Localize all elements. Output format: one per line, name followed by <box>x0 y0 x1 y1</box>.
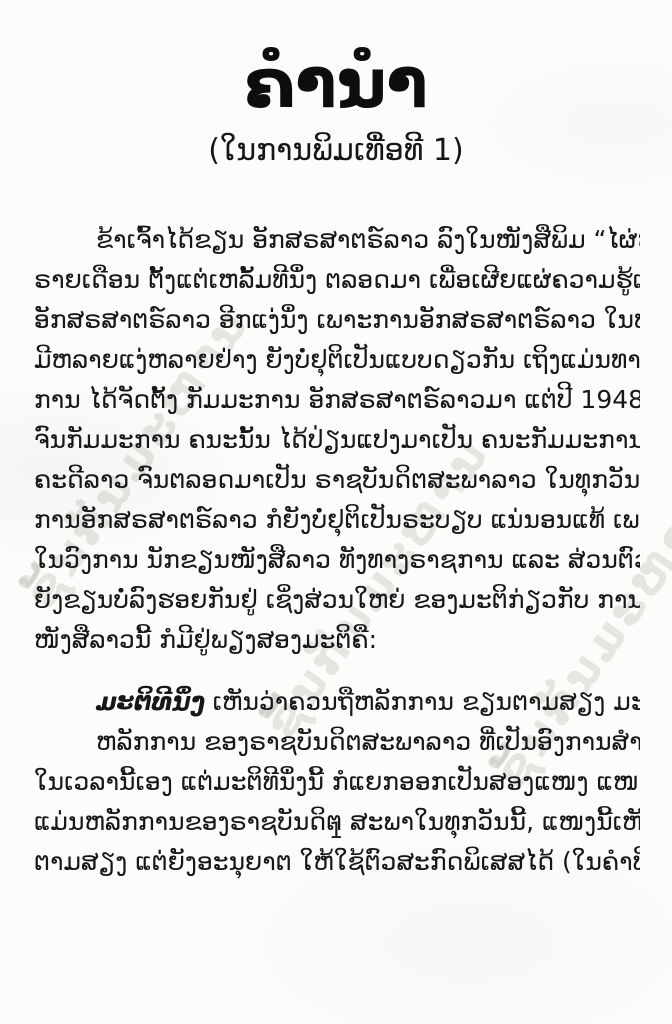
scanned-book-page: ຊັ້ນກັນມະຫານ ຊັ້ນກັນມະຫານ ຊັ້ນກັນມະຫານ ຄ… <box>0 0 672 1024</box>
text-line: ຫລັກການ ຂອງຣາຊບັນດິຕສະພາລາວ ທີ່ເປັນອົງກາ… <box>34 722 640 762</box>
paragraph-2-first-line-rest: ເຫັນວ່າຄວນຖືຫລັກການ ຂຽນຕາມສຽງ ມະຕິນີ້ກໍແ… <box>205 687 640 716</box>
text-line: ໃນເວລານີ້ເອງ ແຕ່ມະຕິທີນຶ່ງນີ້ ກໍແຍກອອກເປ… <box>34 762 640 802</box>
page-subtitle: (ໃນການພິມເທື່ອທີ 1) <box>0 133 672 168</box>
text-line: ຈົນກັມມະການ ຄນະນັ້ນ ໄດ້ປ່ຽນແປງມາເປັນ ຄນະ… <box>34 420 640 460</box>
page-number: 1 <box>0 819 672 844</box>
text-line: ການ ໄດ້ຈັດຕັ້ງ ກັມມະການ ອັກສຣສາຕຣ໌ລາວມາ … <box>34 380 640 420</box>
paragraph-2: ມະຕິທີນຶ່ງ ເຫັນວ່າຄວນຖືຫລັກການ ຂຽນຕາມສຽງ… <box>34 682 640 882</box>
text-line: ມີຫລາຍແງ່ຫລາຍຢ່າງ ຍັງບໍ່ຢຸຕິເປັນແບບດຽວກັ… <box>34 340 640 380</box>
text-line: ອັກສຣສາຕຣ໌ລາວ ອີກແງ່ນຶ່ງ ເພາະການອັກສຣສາຕ… <box>34 300 640 340</box>
body-text: ຂ້າເຈົ້າໄດ້ຂຽນ ອັກສຣສາຕຣ໌ລາວ ລົງໃນໜັງສືພ… <box>34 220 640 882</box>
paragraph-1: ຂ້າເຈົ້າໄດ້ຂຽນ ອັກສຣສາຕຣ໌ລາວ ລົງໃນໜັງສືພ… <box>34 220 640 660</box>
text-line: ໃນວົງການ ນັກຂຽນໜັງສືລາວ ທັງທາງຣາຊການ ແລະ… <box>34 540 640 580</box>
text-line: ຍັງຂຽນບໍ່ລົງຮອຍກັນຢູ່ ເຊິ່ງສ່ວນໃຫຍ່ ຂອງມ… <box>34 580 640 620</box>
text-line: ໜັງສືລາວນີ້ ກໍມີຢູ່ພຽງສອງມະຕິຄື: <box>34 620 640 660</box>
paragraph-2-continuation: ຫລັກການ ຂອງຣາຊບັນດິຕສະພາລາວ ທີ່ເປັນອົງກາ… <box>34 722 640 882</box>
text-line: ມະຕິທີນຶ່ງ ເຫັນວ່າຄວນຖືຫລັກການ ຂຽນຕາມສຽງ… <box>34 682 640 722</box>
text-line: ຄະດີລາວ ຈົນຕລອດມາເປັນ ຣາຊບັນດິຕສະພາລາວ ໃ… <box>34 460 640 500</box>
page-content: ຄຳນຳ (ໃນການພິມເທື່ອທີ 1) ຂ້າເຈົ້າໄດ້ຂຽນ … <box>0 0 672 882</box>
paragraph-2-lead-word: ມະຕິທີນຶ່ງ <box>96 687 205 716</box>
text-line: ການອັກສຣສາຕຣ໌ລາວ ກໍຍັງບໍ່ຢຸຕິເປັນຣະບຽບ ແ… <box>34 500 640 540</box>
page-title: ຄຳນຳ <box>0 0 672 123</box>
text-line: ຣາຍເດືອນ ຕັ້ງແຕ່ເຫລັ້ມທີນຶ່ງ ຕລອດມາ ເພື່… <box>34 260 640 300</box>
text-line: ຂ້າເຈົ້າໄດ້ຂຽນ ອັກສຣສາຕຣ໌ລາວ ລົງໃນໜັງສືພ… <box>34 220 640 260</box>
text-line: ຕາມສຽງ ແຕ່ຍັງອະນຸຍາຕ ໃຫ້ໃຊ້ຕົວສະກົດພິເສສ… <box>34 842 640 882</box>
